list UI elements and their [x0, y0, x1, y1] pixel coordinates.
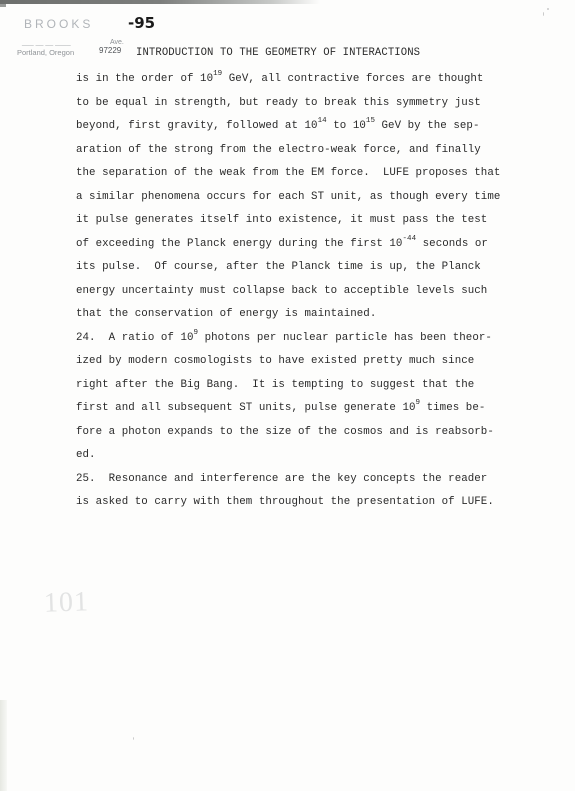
page-title: INTRODUCTION TO THE GEOMETRY OF INTERACT…: [136, 47, 420, 59]
text-segment: its pulse. Of course, after the Planck t…: [76, 261, 481, 273]
text-segment: the separation of the weak from the EM f…: [76, 167, 500, 179]
text-segment: is asked to carry with them throughout t…: [76, 496, 494, 508]
text-segment: GeV, all contractive forces are thought: [222, 73, 483, 85]
text-line: it pulse generates itself into existence…: [76, 209, 556, 233]
text-segment: GeV by the sep-: [375, 120, 479, 132]
text-segment: beyond, first gravity, followed at 10: [76, 120, 318, 132]
text-line: right after the Big Bang. It is tempting…: [76, 374, 556, 398]
text-segment: seconds or: [416, 238, 488, 250]
text-line: 25. Resonance and interference are the k…: [76, 468, 556, 492]
text-line: the separation of the weak from the EM f…: [76, 162, 556, 186]
text-segment: to be equal in strength, but ready to br…: [76, 97, 481, 109]
text-line: a similar phenomena occurs for each ST u…: [76, 186, 556, 210]
superscript-exponent: 19: [213, 70, 222, 78]
text-segment: fore a photon expands to the size of the…: [76, 426, 494, 438]
text-line: is in the order of 1019 GeV, all contrac…: [76, 68, 556, 92]
text-line: that the conservation of energy is maint…: [76, 303, 556, 327]
text-line: aration of the strong from the electro-w…: [76, 139, 556, 163]
text-segment: to 10: [327, 120, 366, 132]
text-segment: of exceeding the Planck energy during th…: [76, 238, 402, 250]
text-segment: ized by modern cosmologists to have exis…: [76, 355, 474, 367]
text-line: its pulse. Of course, after the Planck t…: [76, 256, 556, 280]
text-line: is asked to carry with them throughout t…: [76, 491, 556, 515]
text-line: 24. A ratio of 109 photons per nuclear p…: [76, 327, 556, 351]
text-line: ed.: [76, 444, 556, 468]
text-line: first and all subsequent ST units, pulse…: [76, 397, 556, 421]
text-segment: that the conservation of energy is maint…: [76, 308, 376, 320]
stamp-zip: 97229: [99, 46, 121, 55]
text-segment: ed.: [76, 449, 96, 461]
superscript-exponent: 14: [318, 117, 327, 125]
text-line: of exceeding the Planck energy during th…: [76, 233, 556, 257]
text-line: ized by modern cosmologists to have exis…: [76, 350, 556, 374]
page-number: -95: [128, 14, 155, 32]
text-segment: aration of the strong from the electro-w…: [76, 144, 481, 156]
stamp-street-suffix: Ave.: [110, 39, 124, 46]
text-segment: right after the Big Bang. It is tempting…: [76, 379, 474, 391]
scan-top-edge-corner: [0, 4, 6, 7]
text-segment: 25. Resonance and interference are the k…: [76, 473, 487, 485]
text-segment: times be-: [420, 402, 485, 414]
text-segment: is in the order of 10: [76, 73, 213, 85]
stamp-city: Portland, Oregon: [17, 48, 74, 57]
text-segment: a similar phenomena occurs for each ST u…: [76, 191, 500, 203]
folio-mark: 101: [43, 586, 89, 620]
text-line: to be equal in strength, but ready to br…: [76, 92, 556, 116]
text-segment: 24. A ratio of 10: [76, 332, 194, 344]
superscript-exponent: 15: [366, 117, 375, 125]
text-segment: first and all subsequent ST units, pulse…: [76, 402, 416, 414]
superscript-exponent: 9: [194, 329, 199, 337]
scan-left-edge: [0, 700, 7, 791]
text-segment: energy uncertainty must collapse back to…: [76, 285, 487, 297]
stamp-name: BROOKS: [24, 17, 93, 31]
scan-speck: [133, 737, 134, 740]
body-text: is in the order of 1019 GeV, all contrac…: [76, 68, 556, 515]
text-line: beyond, first gravity, followed at 1014 …: [76, 115, 556, 139]
superscript-exponent: 9: [416, 399, 421, 407]
text-line: fore a photon expands to the size of the…: [76, 421, 556, 445]
superscript-exponent: -44: [402, 235, 416, 243]
scan-speck: [543, 12, 544, 16]
document-page: BROOKS -95 ___ __ __ ____ Ave. Portland,…: [0, 0, 575, 791]
scan-top-edge: [0, 0, 320, 4]
scan-speck: [547, 8, 549, 10]
text-segment: photons per nuclear particle has been th…: [198, 332, 492, 344]
text-line: energy uncertainty must collapse back to…: [76, 280, 556, 304]
stamp-street: ___ __ __ ____: [22, 39, 71, 46]
text-segment: it pulse generates itself into existence…: [76, 214, 487, 226]
